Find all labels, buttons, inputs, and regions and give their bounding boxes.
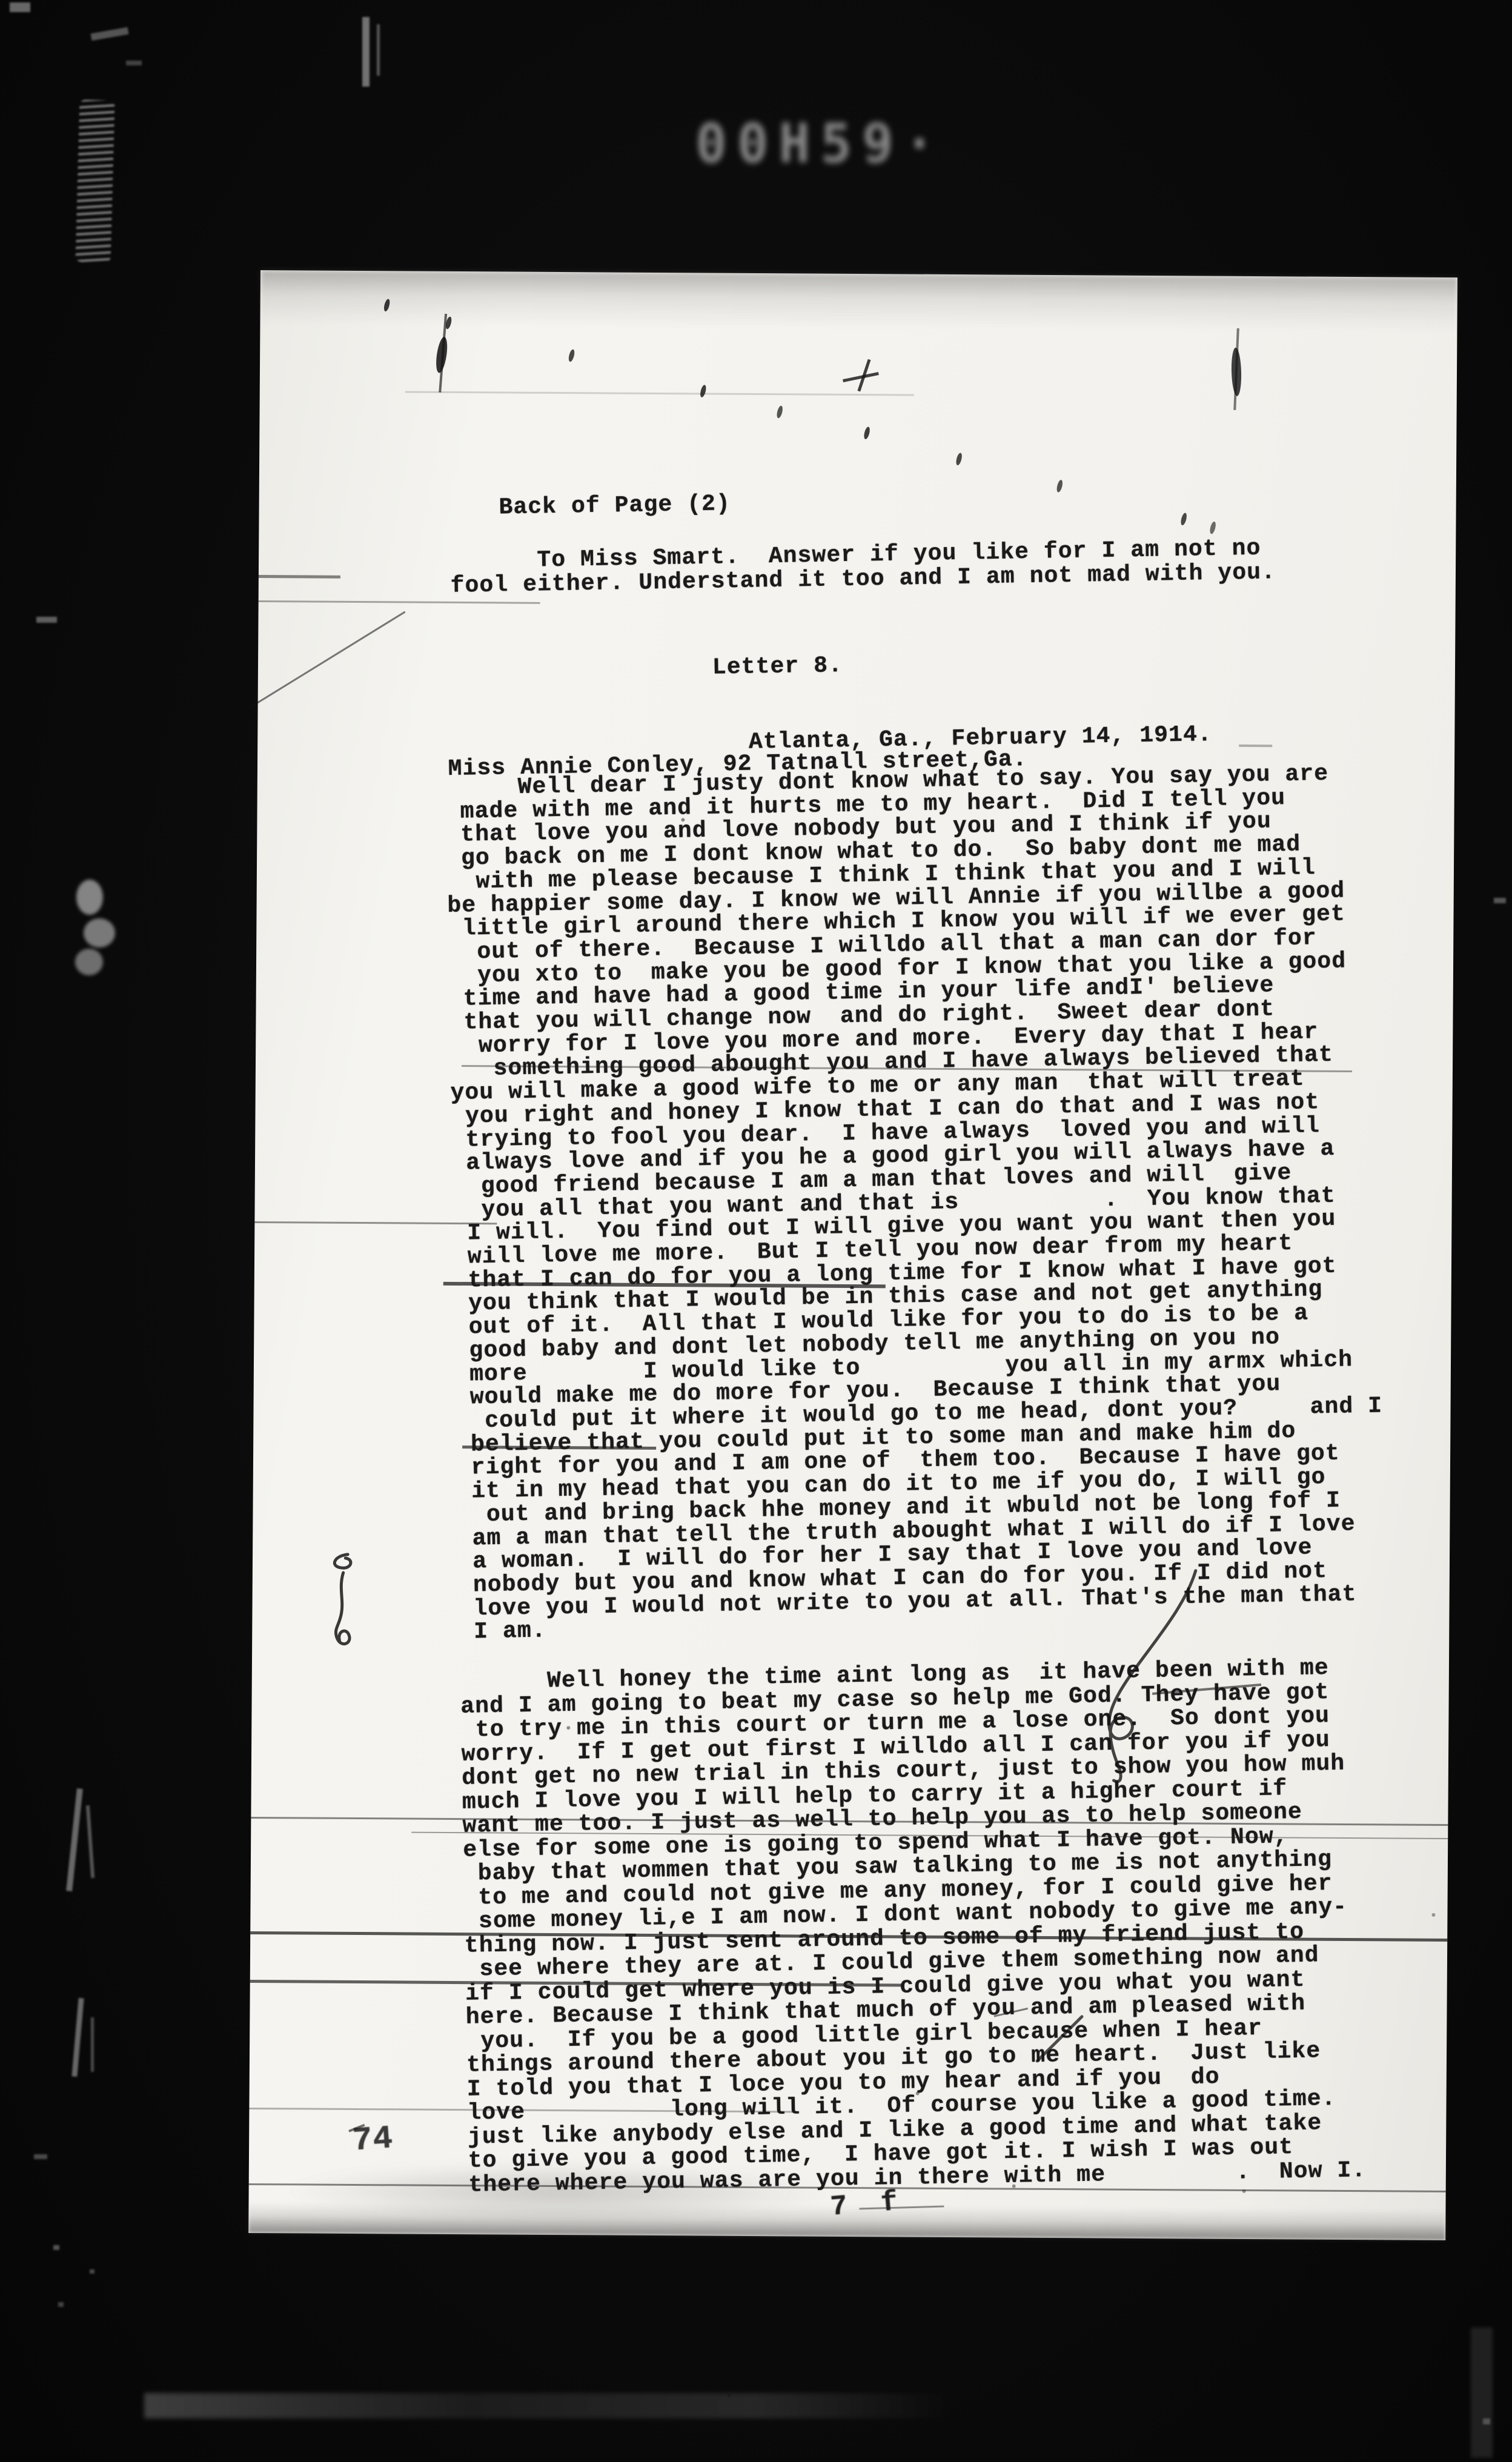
film-edge-artifact xyxy=(90,27,128,41)
film-edge-artifact xyxy=(1483,2418,1490,2424)
film-edge-artifact xyxy=(126,61,142,65)
film-edge-blob xyxy=(76,880,103,915)
film-edge-artifact xyxy=(1471,2328,1493,2458)
film-edge-artifact xyxy=(1494,898,1506,903)
film-edge-artifact xyxy=(377,24,380,76)
film-edge-blob xyxy=(75,949,103,975)
typewritten-text-layer: Back of Page (2) To Miss Smart. Answer i… xyxy=(238,264,1467,2246)
film-bottom-band xyxy=(144,2393,959,2418)
film-edge-artifact xyxy=(91,2017,94,2072)
film-edge-texture xyxy=(76,99,115,262)
film-edge-artifact xyxy=(58,2302,64,2307)
film-edge-artifact xyxy=(10,2,30,12)
film-edge-artifact xyxy=(86,1805,94,1878)
film-edge-artifact xyxy=(53,2245,59,2250)
film-edge-artifact xyxy=(71,1998,84,2077)
back-of-page-label: Back of Page (2) xyxy=(499,492,731,519)
margin-page-number: 74 xyxy=(352,2127,394,2154)
film-edge-artifact xyxy=(36,617,57,623)
microfilm-photo: 00H59· Back of Page (2) xyxy=(0,0,1512,2462)
frame-number-stamp: 00H59· xyxy=(695,112,1035,194)
film-edge-artifact xyxy=(66,1788,83,1891)
recipient-note: To Miss Smart. Answer if you like for I … xyxy=(450,536,1276,598)
film-edge-artifact xyxy=(90,2269,94,2274)
film-edge-blob xyxy=(84,918,115,947)
film-edge-artifact xyxy=(362,17,370,87)
letter-body-paragraph-2: Well honey the time aint long as it have… xyxy=(460,1656,1366,2197)
letter-body-paragraph-1: Well dear I justy dont know what to say.… xyxy=(445,762,1386,1645)
footer-scribble: 7 f xyxy=(830,2189,907,2220)
letter-page: Back of Page (2) To Miss Smart. Answer i… xyxy=(248,270,1457,2240)
pen-scribble-margin xyxy=(334,1555,352,1644)
letter-heading: Letter 8. xyxy=(712,654,843,680)
film-edge-artifact xyxy=(34,2154,47,2159)
